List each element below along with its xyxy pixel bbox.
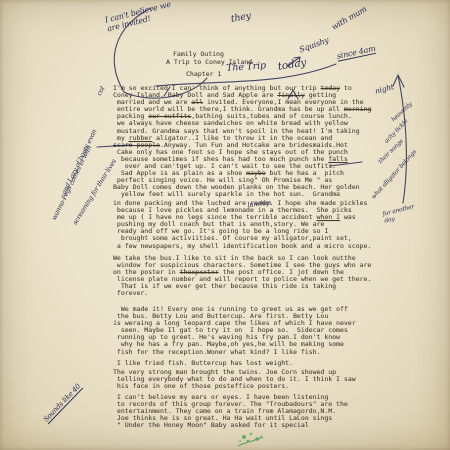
typed-line: That is if we ever get ther because this… <box>113 283 371 290</box>
typed-paragraph-6: The very strong man brought the twins. J… <box>113 369 356 390</box>
chapter-heading: Chapter 1 <box>186 70 221 78</box>
typed-paragraph-7: I can't believe my ears or eyes. I have … <box>113 394 348 429</box>
typed-paragraph-4: We made it! Every one is running to gree… <box>113 306 356 356</box>
typed-line: forever. <box>113 290 371 297</box>
typed-line: I like fried fish. Buttercup has lost we… <box>113 360 293 367</box>
typed-line: a few newspapers, my shell identificatio… <box>113 243 371 250</box>
typed-line: yellow feet will surely sparkle in the h… <box>113 191 371 198</box>
doc-title: Family Outing <box>173 50 224 58</box>
typed-paragraph-3: We take the bus.I like to sit in the bac… <box>113 255 371 298</box>
typed-line: his face in one of those posteffice post… <box>113 383 356 390</box>
typed-paragraph-5: I like fried fish. Buttercup has lost we… <box>113 360 293 367</box>
typed-line: fish for the reception.Woner what kind? … <box>113 349 356 356</box>
typed-line: " Under the Honey Moon" Baby asked for i… <box>113 422 348 429</box>
photographed-manuscript: { "document": { "title_line1": "Family O… <box>0 0 450 450</box>
typed-paragraph-2: in done packing and the luched are ready… <box>113 200 371 250</box>
typed-paragraph-1: I'm so excited I can' think of anything … <box>113 85 371 199</box>
